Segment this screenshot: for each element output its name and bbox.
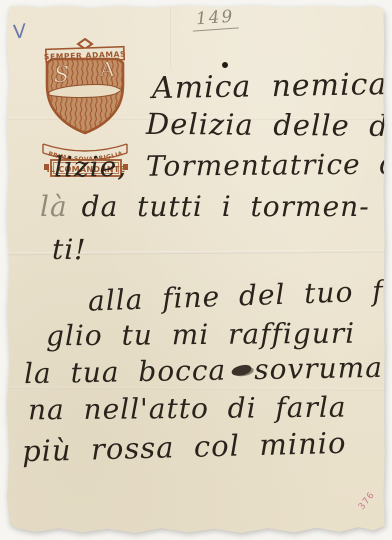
handwritten-line-9: na nell'atto di farla [28, 391, 347, 427]
handwritten-line-4: làda tutti i tormen- [40, 190, 370, 223]
letter-paper: V 149 SEMPER ADAMAS S A [6, 5, 385, 534]
handwritten-line-8-text: la tua bocca [24, 354, 227, 391]
stamp-initial-s: S [54, 63, 69, 88]
handwritten-line-2: Delizia delle de- [146, 107, 392, 143]
ink-blot [231, 364, 252, 377]
handwritten-line-10: più rossa col minio [22, 426, 347, 468]
handwritten-line-8-text2: sovruma [254, 351, 383, 386]
handwritten-line-3: lizie, Tormentatrice di [54, 147, 392, 183]
handwritten-word-faded: là [40, 190, 68, 223]
handwritten-line-6: alla fine del tuo fo- [88, 273, 392, 317]
handwritten-line-1: Amica nemica; [152, 67, 392, 106]
catalog-number-stamp: 376 [357, 490, 377, 512]
stamp-initial-a: A [99, 57, 115, 81]
handwritten-line-5: ti! [52, 233, 87, 267]
stamp-shield: S A [47, 57, 123, 133]
letter-paper-wrapper: V 149 SEMPER ADAMAS S A [6, 5, 385, 534]
handwritten-line-8: la tua boccasovruma [24, 351, 383, 390]
photo-background: { "annotations": { "check_mark": "V", "p… [0, 0, 392, 540]
pencil-page-number: 149 [191, 6, 239, 31]
ink-dot-mark [222, 62, 228, 68]
handwritten-line-7: glio tu mi raffiguri [46, 317, 355, 353]
pencil-check-mark: V [13, 20, 27, 44]
paper-crease-vertical [169, 5, 171, 69]
handwritten-line-4-text: da tutti i tormen- [82, 190, 370, 223]
